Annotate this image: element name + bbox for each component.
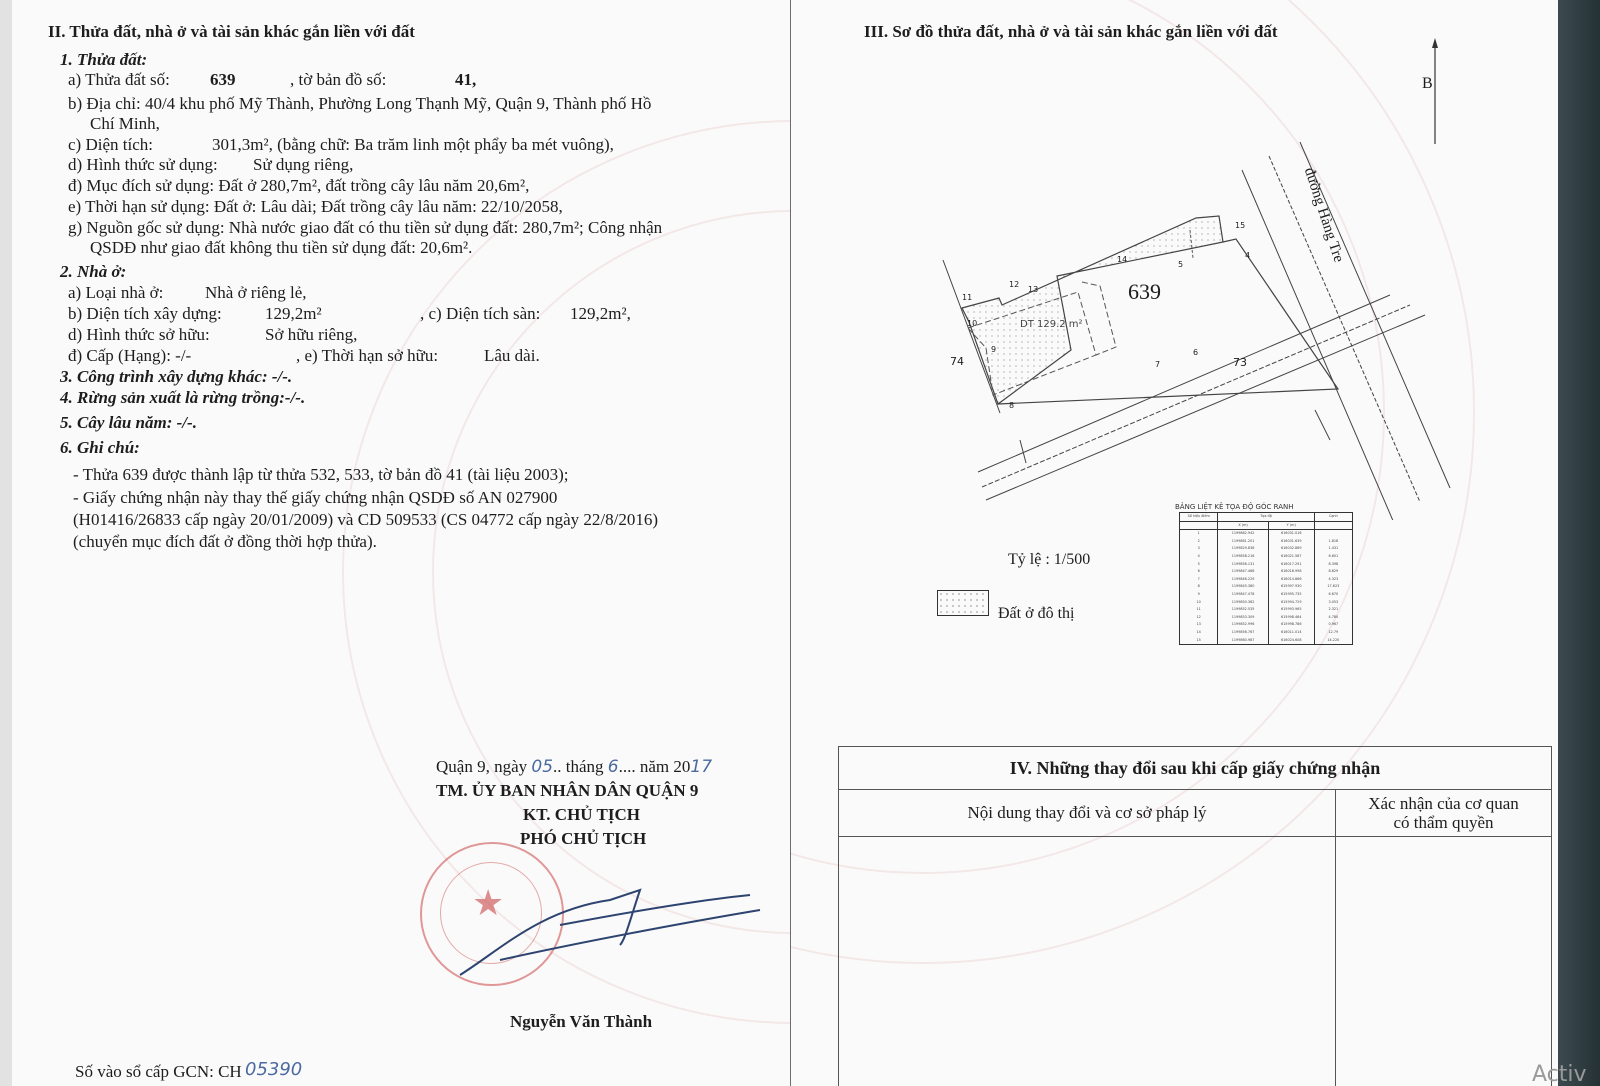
coord-x: 1199829.836 (1218, 545, 1268, 553)
coord-y: 616014.866 (1268, 576, 1314, 584)
coord-y: 616024.608 (1268, 637, 1314, 645)
authority-header-line-2: có thẩm quyền (1368, 813, 1519, 832)
coord-y: 616011.014 (1268, 629, 1314, 637)
point-id: 3 (1180, 545, 1218, 553)
edge-length: 12.79 (1314, 629, 1352, 637)
coord-table-row: 151199860.987616024.60814.220 (1180, 637, 1352, 645)
coord-table-row: 101199850.362615994.7293.053 (1180, 599, 1352, 607)
date-prefix: Quận 9, ngày (436, 757, 527, 776)
point-id: 5 (1180, 561, 1218, 569)
coord-x: 1199850.362 (1218, 599, 1268, 607)
point-id: 15 (1180, 637, 1218, 645)
parcel-label: a) Thửa đất số: (68, 70, 170, 90)
coord-y: 615998.786 (1268, 621, 1314, 629)
ownership-value: Sở hữu riêng, (265, 325, 357, 345)
usage-origin-line-2: QSDĐ như giao đất không thu tiền sử dụng… (90, 238, 472, 258)
point-id: 12 (1180, 614, 1218, 622)
coord-table-row: 51199856.131616017.2918.398 (1180, 561, 1352, 569)
year-label: năm 20 (640, 757, 691, 776)
coord-table-row: 61199847.468616018.9988.829 (1180, 568, 1352, 576)
point-id: 10 (1180, 599, 1218, 607)
coord-y: 616031.016 (1268, 530, 1314, 538)
on-behalf-of-chairman: KT. CHỦ TỊCH (523, 805, 640, 825)
house-type-label: a) Loại nhà ở: (68, 283, 163, 303)
address-line-1: b) Địa chỉ: 40/4 khu phố Mỹ Thành, Phườn… (68, 94, 651, 114)
header-point: Số hiệu điểm (1180, 513, 1218, 521)
floor-area-value: 129,2m², (570, 304, 631, 324)
note-line: - Thửa 639 được thành lập từ thửa 532, 5… (73, 465, 569, 485)
coord-x: 1199845.380 (1218, 583, 1268, 591)
coord-table-row: 91199847.478615995.7356.670 (1180, 591, 1352, 599)
vertex-label: 9 (991, 340, 996, 360)
changes-table: IV. Những thay đổi sau khi cấp giấy chứn… (838, 746, 1552, 1086)
coord-table-row: 81199845.380615997.93017.623 (1180, 583, 1352, 591)
month-label: tháng (566, 757, 604, 776)
vice-chairman-title: PHÓ CHỦ TỊCH (520, 829, 646, 849)
edge-length: 0.967 (1314, 621, 1352, 629)
notes-heading: 6. Ghi chú: (60, 438, 140, 458)
legend-label: Đất ở đô thị (998, 604, 1074, 624)
registry-number: 05390 (245, 1060, 302, 1080)
point-id: 9 (1180, 591, 1218, 599)
authority-header-line-1: Xác nhận của cơ quan (1368, 794, 1519, 813)
edge-length: 17.623 (1314, 583, 1352, 591)
coord-x: 1199852.535 (1218, 606, 1268, 614)
coord-y: 615994.729 (1268, 599, 1314, 607)
signer-name: Nguyễn Văn Thành (510, 1012, 652, 1032)
coord-y: 616017.291 (1268, 561, 1314, 569)
edge-length: 6.670 (1314, 591, 1352, 599)
area-value: 301,3m², (bằng chữ: Ba trăm linh một phẩ… (212, 135, 614, 155)
edge-length: 8.829 (1314, 568, 1352, 576)
ownership-label: d) Hình thức sở hữu: (68, 325, 210, 345)
edge-length: 8.398 (1314, 561, 1352, 569)
coord-y: 615993.965 (1268, 606, 1314, 614)
section-3-title: III. Sơ đồ thửa đất, nhà ở và tài sản kh… (864, 22, 1278, 42)
coord-table-title: BẢNG LIỆT KÊ TỌA ĐỘ GÓC RANH (1175, 503, 1293, 511)
parcel-number-label: 639 (1128, 282, 1161, 302)
handwritten-signature (440, 880, 770, 990)
coord-table-row: 111199852.535615993.9652.321 (1180, 606, 1352, 614)
vertex-label: 7 (1155, 355, 1160, 375)
ownership-term-value: Lâu dài. (484, 346, 540, 366)
coord-table-row: 141199856.767616011.01412.79 (1180, 629, 1352, 637)
point-id: 14 (1180, 629, 1218, 637)
point-id: 11 (1180, 606, 1218, 614)
point-id: 2 (1180, 538, 1218, 546)
usage-origin-line-1: g) Nguồn gốc sử dụng: Nhà nước giao đất … (68, 218, 662, 238)
edge-length: 4.780 (1314, 614, 1352, 622)
left-margin (0, 0, 12, 1086)
changes-content-cell (839, 837, 1336, 1086)
vertex-label: 11 (962, 288, 972, 308)
header-coords: Tọa độ (1218, 513, 1314, 521)
note-line: - Giấy chứng nhận này thay thế giấy chứn… (73, 488, 557, 508)
changes-content-header: Nội dung thay đổi và cơ sở pháp lý (839, 790, 1336, 836)
build-area-label: b) Diện tích xây dựng: (68, 304, 222, 324)
coord-x: 1199853.309 (1218, 614, 1268, 622)
date-month: 6 (608, 757, 619, 777)
area-label: c) Diện tích: (68, 135, 153, 155)
date-line: Quận 9, ngày 05.. tháng 6.... năm 2017 (436, 757, 712, 777)
note-line: (chuyển mục đích đất ở đồng thời hợp thử… (73, 532, 377, 552)
coord-x: 1199858.216 (1218, 553, 1268, 561)
coord-x: 1199860.987 (1218, 637, 1268, 645)
coord-y: 616032.869 (1268, 545, 1314, 553)
coord-y: 616021.587 (1268, 553, 1314, 561)
usage-form-value: Sử dụng riêng, (253, 155, 353, 175)
windows-activation-watermark: Activ (1532, 1062, 1587, 1086)
coord-table-row: 21199861.201616031.6391.818 (1180, 538, 1352, 546)
header-x: X (m) (1218, 521, 1268, 530)
usage-purpose: đ) Mục đích sử dụng: Đất ở 280,7m², đất … (68, 176, 529, 196)
point-id: 1 (1180, 530, 1218, 538)
edge-length: 6.601 (1314, 553, 1352, 561)
ownership-term-label: , e) Thời hạn sở hữu: (296, 346, 438, 366)
coord-table-row: 71199846.229616014.8664.323 (1180, 576, 1352, 584)
map-sheet-label: , tờ bản đồ số: (290, 70, 386, 90)
edge-length: 3.053 (1314, 599, 1352, 607)
changes-table-title: IV. Những thay đổi sau khi cấp giấy chứn… (839, 747, 1551, 790)
usage-term: e) Thời hạn sử dụng: Đất ở: Lâu dài; Đất… (68, 197, 563, 217)
usage-form-label: d) Hình thức sử dụng: (68, 155, 218, 175)
edge-length (1314, 530, 1352, 538)
coord-table-row: 31199829.836616032.8691.431 (1180, 545, 1352, 553)
north-label: B (1422, 74, 1433, 94)
edge-length: 1.431 (1314, 545, 1352, 553)
point-id: 13 (1180, 621, 1218, 629)
vertex-label: 13 (1028, 280, 1038, 300)
vertex-label: 14 (1117, 250, 1127, 270)
coord-y: 616031.639 (1268, 538, 1314, 546)
vertex-label: 4 (1245, 246, 1250, 266)
vertex-label: 12 (1009, 275, 1019, 295)
build-area-value: 129,2m² (265, 304, 322, 324)
point-id: 7 (1180, 576, 1218, 584)
registry-label: Số vào sổ cấp GCN: CH (75, 1062, 242, 1082)
issuing-authority: TM. ỦY BAN NHÂN DÂN QUẬN 9 (436, 781, 698, 801)
house-heading: 2. Nhà ở: (60, 262, 126, 282)
coord-x: 1199862.942 (1218, 530, 1268, 538)
note-line: (H01416/26833 cấp ngày 20/01/2009) và CD… (73, 510, 658, 530)
point-id: 4 (1180, 553, 1218, 561)
coord-y: 615995.735 (1268, 591, 1314, 599)
header-y: Y (m) (1268, 521, 1314, 530)
date-day: 05 (531, 757, 553, 777)
coord-table-row: 11199862.942616031.016 (1180, 530, 1352, 538)
parcel-number: 639 (210, 70, 236, 90)
background-edge (1558, 0, 1600, 1086)
coordinate-table: Số hiệu điểm Tọa độ Cạnh X (m) Y (m) 111… (1179, 512, 1353, 645)
coord-y: 616018.998 (1268, 568, 1314, 576)
authority-confirmation-header: Xác nhận của cơ quan có thẩm quyền (1336, 790, 1551, 836)
point-id: 6 (1180, 568, 1218, 576)
authority-confirmation-cell (1336, 837, 1551, 1086)
vertex-label: 15 (1235, 216, 1245, 236)
other-construction: 3. Công trình xây dựng khác: -/-. (60, 367, 292, 387)
coord-x: 1199846.229 (1218, 576, 1268, 584)
neighbor-parcel: 73 (1233, 353, 1247, 373)
edge-length: 4.323 (1314, 576, 1352, 584)
vertex-label: 10 (967, 314, 977, 334)
coord-x: 1199847.478 (1218, 591, 1268, 599)
floor-area-label: , c) Diện tích sàn: (420, 304, 540, 324)
parcel-sketch (900, 100, 1460, 520)
vertex-label: 8 (1009, 396, 1014, 416)
address-line-2: Chí Minh, (90, 114, 160, 134)
coord-y: 615997.930 (1268, 583, 1314, 591)
legend-swatch-urban-land (937, 590, 989, 616)
coord-x: 1199856.767 (1218, 629, 1268, 637)
coord-x: 1199847.468 (1218, 568, 1268, 576)
map-sheet-number: 41, (455, 70, 476, 90)
date-year: 17 (690, 757, 712, 777)
section-2-title: II. Thửa đất, nhà ở và tài sản khác gắn … (48, 22, 415, 42)
vertex-label: 5 (1178, 255, 1183, 275)
coord-table-row: 121199853.309615998.4644.780 (1180, 614, 1352, 622)
land-heading: 1. Thửa đất: (60, 50, 147, 70)
building-area-label: DT 129.2 m² (1020, 315, 1083, 335)
coord-table-row: 131199852.996615998.7860.967 (1180, 621, 1352, 629)
vertex-label: 6 (1193, 343, 1198, 363)
map-scale: Tỷ lệ : 1/500 (1008, 550, 1090, 570)
edge-length: 14.220 (1314, 637, 1352, 645)
neighbor-parcel: 74 (950, 352, 964, 372)
edge-length: 2.321 (1314, 606, 1352, 614)
coord-x: 1199856.131 (1218, 561, 1268, 569)
production-forest: 4. Rừng sản xuất là rừng trồng:-/-. (60, 388, 305, 408)
coord-y: 615998.464 (1268, 614, 1314, 622)
coord-x: 1199861.201 (1218, 538, 1268, 546)
point-id: 8 (1180, 583, 1218, 591)
coord-x: 1199852.996 (1218, 621, 1268, 629)
house-type-value: Nhà ở riêng lẻ, (205, 283, 307, 303)
header-edge: Cạnh (1314, 513, 1352, 521)
edge-length: 1.818 (1314, 538, 1352, 546)
coord-table-row: 41199858.216616021.5876.601 (1180, 553, 1352, 561)
perennial-trees: 5. Cây lâu năm: -/-. (60, 413, 197, 433)
grade-label: đ) Cấp (Hạng): -/- (68, 346, 191, 366)
